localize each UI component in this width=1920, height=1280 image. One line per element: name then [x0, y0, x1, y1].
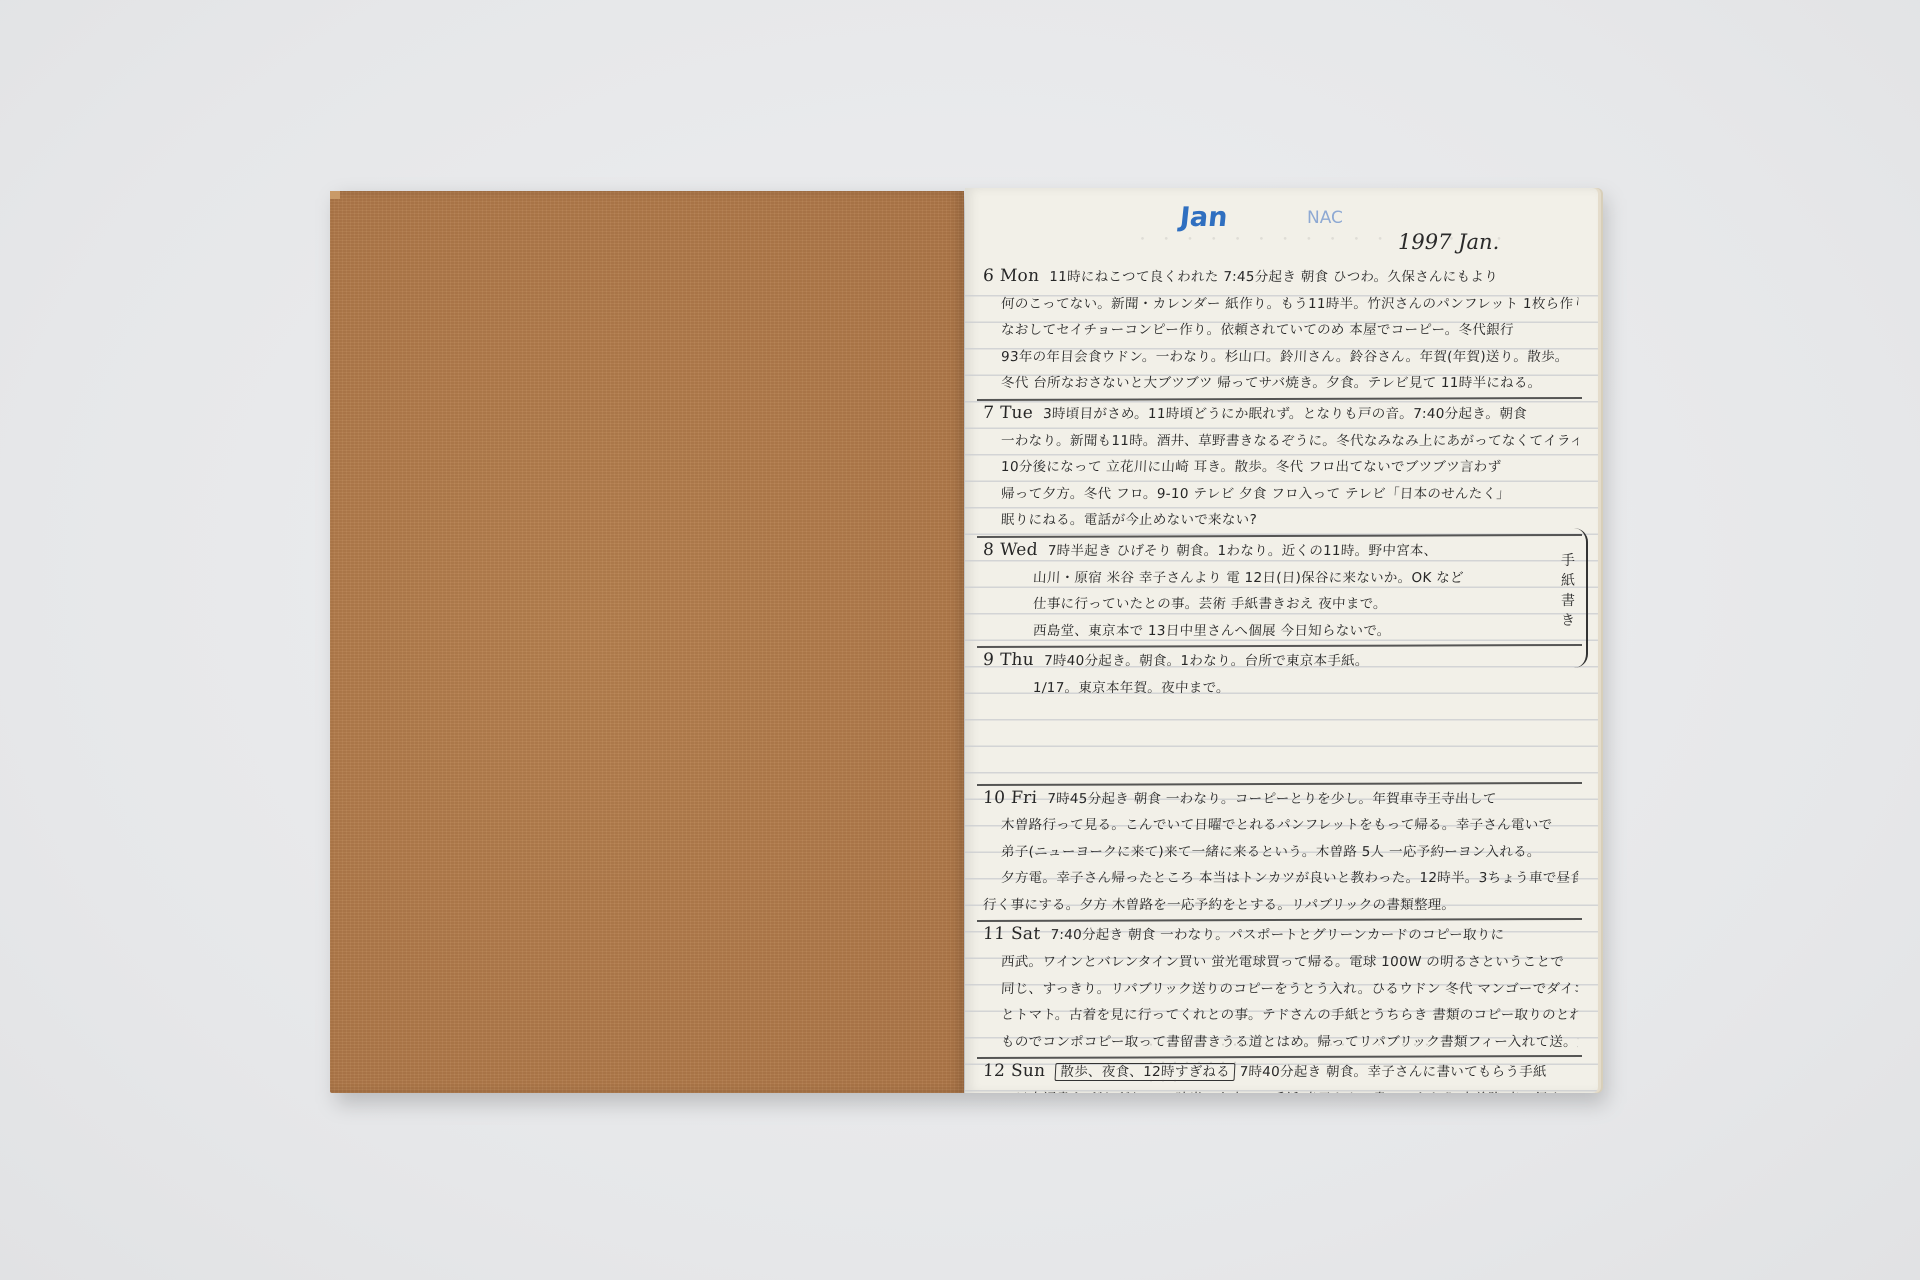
entry-text: 西島堂、東京本で 13日中里さんへ個展 今日知らないで。 [982, 618, 1578, 645]
entry-text: 11時にねこつて良くわれた 7:45分起き 朝食 ひつわ。久保さんにもより [1049, 269, 1499, 285]
entry-9-thu: 9 Thu7時40分起き。朝食。1わなり。台所で東京本手紙。 1/17。東京本年… [983, 647, 1578, 701]
entry-10-fri: 10 Fri7時45分起き 朝食 一わなり。コーピーとりを少し。年賀車寺王寺出し… [983, 785, 1578, 922]
day-label: 8 Wed [983, 540, 1039, 560]
entry-text: 7時40分起き。朝食。1わなり。台所で東京本手紙。 [1044, 653, 1370, 669]
entry-text: とトマト。古着を見に行ってくれとの事。テドさんの手紙とうちらき 書類のコピー取り… [982, 1002, 1578, 1029]
entry-text: 10分後になって 立花川に山崎 耳き。散歩。冬代 フロ出てないでブツブツ言わず [982, 454, 1578, 481]
entry-6-mon: 6 Mon11時にねこつて良くわれた 7:45分起き 朝食 ひつわ。久保さんにも… [983, 263, 1578, 400]
entry-7-tue: 7 Tue3時頃目がさめ。11時頃どうにか眠れず。となりも戸の音。7:40分起き… [983, 400, 1578, 537]
entry-text: 西武。ワインとバレンタイン買い 蛍光電球買って帰る。電球 100W の明るさとい… [982, 949, 1578, 976]
margin-note-char: 紙 [1556, 571, 1580, 591]
entry-text: なおしてセイチョーコンピー作り。依頼されていてのめ 本屋でコーピー。冬代銀行 [982, 317, 1578, 344]
entry-text: 冬代 台所なおさないと大ブツブツ 帰ってサバ焼き。夕食。テレビ見て 11時半にね… [982, 370, 1578, 397]
entry-text: 93年の年目会食ウドン。一わなり。杉山口。鈴川さん。鈴谷さん。年賀(年賀)送り。… [982, 344, 1578, 371]
entry-text: 3時頃目がさめ。11時頃どうにか眠れず。となりも戸の音。7:40分起き。朝食 [1043, 406, 1528, 422]
day-label: 9 Thu [983, 650, 1035, 670]
mirrored-heading: NAC [1307, 208, 1343, 228]
entry-text: 7:40分起き 朝食 一わなり。パスポートとグリーンカードのコピー取りに [1050, 927, 1505, 943]
entry-text: 仕事に行っていたとの事。芸術 手紙書きおえ 夜中まで。 [982, 591, 1578, 618]
entry-text: 山川・原宿 米谷 幸子さんより 電 12日(日)保谷に来ないか。OK など [982, 565, 1578, 592]
entry-text: 帰って夕方。冬代 フロ。9-10 テレビ 夕食 フロ入って テレビ「日本のせんた… [982, 481, 1578, 508]
entry-text: 同じ、すっきり。リパブリック送りのコピーをうとう入れ。ひるウドン 冬代 マンゴー… [982, 976, 1578, 1003]
entry-text: 木曽路行って見る。こんでいて日曜でとれるパンフレットをもって帰る。幸子さん電いで [982, 812, 1578, 839]
margin-note-char: き [1556, 611, 1580, 631]
diary-page: ・ ・ ・ ・ ・ ・ ・ ・ ・ ・ ・ ・ ・ ・ ・ ・ Jan NAC … [965, 188, 1598, 1093]
bleed-through-text-bottom: ・・・・・・・・・・・・・・・・・・・・・・・・・・・・・・・・・・・ [1145, 1036, 1433, 1090]
entry-8-wed: 8 Wed7時半起き ひげそり 朝食。1わなり。近くの11時。野中宮本、 山川・… [983, 537, 1578, 647]
page-title: 1997 Jan. [1398, 230, 1499, 254]
notebook-inner-cover [330, 191, 964, 1093]
margin-note-char: 書 [1556, 591, 1580, 611]
entry-text: 7時半起き ひげそり 朝食。1わなり。近くの11時。野中宮本、 [1047, 543, 1438, 559]
day-label: 11 Sat [983, 924, 1042, 944]
blank-ruled-gap [983, 702, 1578, 782]
entry-text: 行く事にする。夕方 木曽路を一応予約をとする。リパブリックの書類整理。 [982, 892, 1578, 919]
margin-note-char: 手 [1556, 551, 1580, 571]
day-label: 6 Mon [983, 266, 1040, 286]
day-label: 10 Fri [983, 788, 1038, 808]
entry-text: 1/17。東京本年賀。夜中まで。 [982, 675, 1578, 702]
entry-text: 夕方電。幸子さん帰ったところ 本当はトンカツが良いと教わった。12時半。3ちょう… [982, 865, 1578, 892]
entry-text: 一わなり。新聞も11時。酒井、草野書きなるぞうに。冬代なみなみ上にあがってなくて… [982, 428, 1578, 455]
margin-note: 手 紙 書 き [1556, 551, 1580, 631]
cover-corner-wear [330, 191, 340, 199]
entry-text: 何のこってない。新聞・カレンダー 紙作り。もう11時半。竹沢さんのパンフレット … [982, 291, 1578, 318]
diary-entries: 6 Mon11時にねこつて良くわれた 7:45分起き 朝食 ひつわ。久保さんにも… [983, 263, 1578, 1093]
entry-text: 弟子(ニューヨークに来て)来て一緒に来るという。木曽路 5人 一応予約ーヨン入れ… [982, 839, 1578, 866]
day-label: 12 Sun [983, 1061, 1046, 1081]
blue-month-heading: Jan [1178, 202, 1229, 233]
entry-text: 7時45分起き 朝食 一わなり。コーピーとりを少し。年賀車寺王寺出して [1047, 791, 1497, 807]
entry-text: 眠りにねる。電話が今止めないで来ない? [982, 507, 1578, 534]
day-label: 7 Tue [983, 403, 1034, 423]
